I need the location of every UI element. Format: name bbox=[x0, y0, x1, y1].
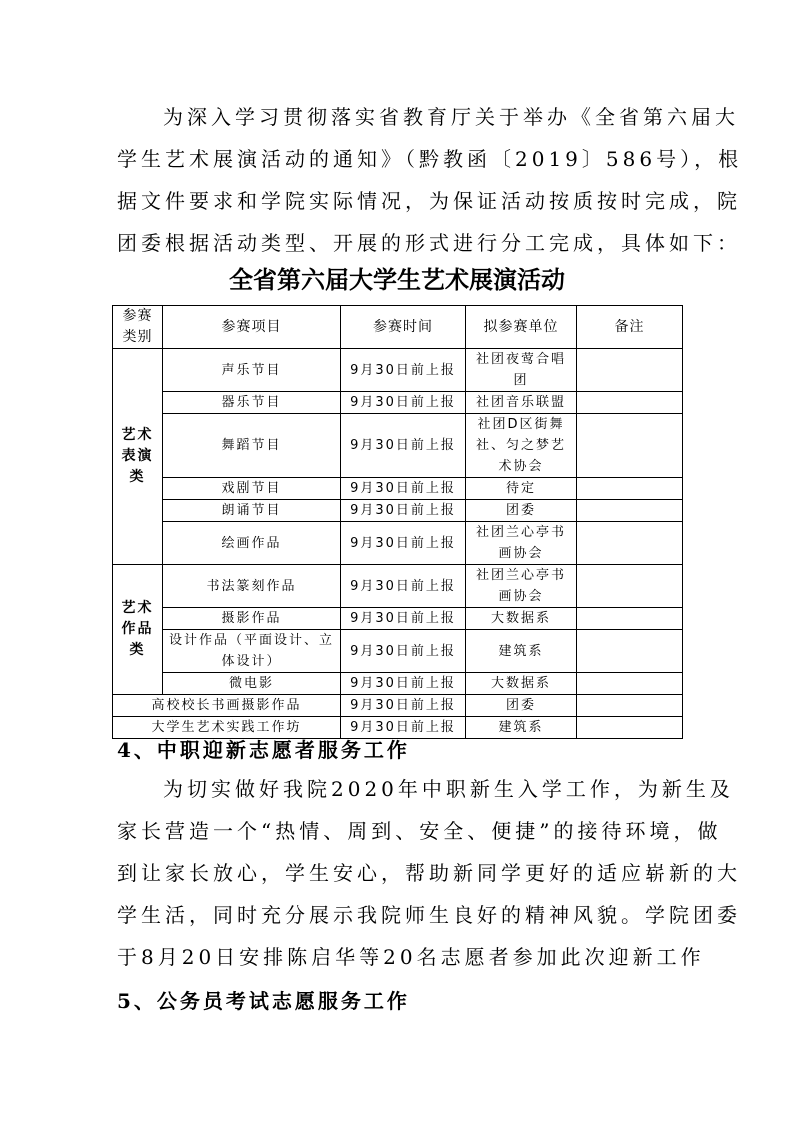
section4-paragraph: 为切实做好我院2020年中职新生入学工作，为新生及 家长营造一个“热情、周到、安… bbox=[117, 768, 687, 978]
time-cell: 9月30日前上报 bbox=[341, 478, 466, 500]
time-cell: 9月30日前上报 bbox=[341, 608, 466, 630]
unit-cell: 建筑系 bbox=[466, 630, 577, 673]
item-cell: 摄影作品 bbox=[163, 608, 341, 630]
table-row: 艺术表演类 声乐节目 9月30日前上报 社团夜莺合唱团 bbox=[113, 349, 683, 392]
section5-heading: 5、公务员考试志愿服务工作 bbox=[117, 986, 410, 1016]
table-title: 全省第六届大学生艺术展演活动 bbox=[112, 262, 682, 298]
time-cell: 9月30日前上报 bbox=[341, 349, 466, 392]
section4-line: 于8月20日安排陈启华等20名志愿者参加此次迎新工作 bbox=[117, 936, 687, 978]
table-row: 微电影 9月30日前上报 大数据系 bbox=[113, 673, 683, 695]
table-row: 高校校长书画摄影作品 9月30日前上报 团委 bbox=[113, 695, 683, 717]
time-cell: 9月30日前上报 bbox=[341, 522, 466, 565]
time-cell: 9月30日前上报 bbox=[341, 695, 466, 717]
unit-cell: 社团音乐联盟 bbox=[466, 392, 577, 414]
note-cell bbox=[577, 608, 683, 630]
time-cell: 9月30日前上报 bbox=[341, 414, 466, 478]
intro-line: 团委根据活动类型、开展的形式进行分工完成，具体如下： bbox=[117, 222, 687, 264]
note-cell bbox=[577, 414, 683, 478]
note-cell bbox=[577, 392, 683, 414]
note-cell bbox=[577, 500, 683, 522]
unit-cell: 团委 bbox=[466, 695, 577, 717]
unit-cell: 社团D区街舞社、匀之梦艺术协会 bbox=[466, 414, 577, 478]
item-cell: 舞蹈节目 bbox=[163, 414, 341, 478]
item-cell: 声乐节目 bbox=[163, 349, 341, 392]
category-cell: 艺术作品类 bbox=[113, 565, 163, 695]
item-cell: 书法篆刻作品 bbox=[163, 565, 341, 608]
unit-cell: 社团兰心亭书画协会 bbox=[466, 522, 577, 565]
unit-cell: 社团兰心亭书画协会 bbox=[466, 565, 577, 608]
header-category: 参赛类别 bbox=[113, 306, 163, 349]
section4-line: 为切实做好我院2020年中职新生入学工作，为新生及 bbox=[117, 768, 687, 810]
table-row: 舞蹈节目 9月30日前上报 社团D区街舞社、匀之梦艺术协会 bbox=[113, 414, 683, 478]
document-page: 为深入学习贯彻落实省教育厅关于举办《全省第六届大 学生艺术展演活动的通知》（黔教… bbox=[0, 0, 793, 1122]
item-cell: 器乐节目 bbox=[163, 392, 341, 414]
unit-cell: 团委 bbox=[466, 500, 577, 522]
section4-line: 学生活，同时充分展示我院师生良好的精神风貌。学院团委 bbox=[117, 894, 687, 936]
item-cell: 高校校长书画摄影作品 bbox=[113, 695, 341, 717]
table-row: 艺术作品类 书法篆刻作品 9月30日前上报 社团兰心亭书画协会 bbox=[113, 565, 683, 608]
item-cell: 朗诵节目 bbox=[163, 500, 341, 522]
section4-heading: 4、中职迎新志愿者服务工作 bbox=[117, 735, 410, 765]
note-cell bbox=[577, 478, 683, 500]
item-cell: 戏剧节目 bbox=[163, 478, 341, 500]
item-cell: 微电影 bbox=[163, 673, 341, 695]
unit-cell: 待定 bbox=[466, 478, 577, 500]
time-cell: 9月30日前上报 bbox=[341, 673, 466, 695]
time-cell: 9月30日前上报 bbox=[341, 565, 466, 608]
intro-line: 据文件要求和学院实际情况，为保证活动按质按时完成，院 bbox=[117, 180, 687, 222]
note-cell bbox=[577, 717, 683, 739]
note-cell bbox=[577, 565, 683, 608]
table-row: 绘画作品 9月30日前上报 社团兰心亭书画协会 bbox=[113, 522, 683, 565]
unit-cell: 大数据系 bbox=[466, 673, 577, 695]
note-cell bbox=[577, 349, 683, 392]
note-cell bbox=[577, 695, 683, 717]
table-row: 设计作品（平面设计、立体设计） 9月30日前上报 建筑系 bbox=[113, 630, 683, 673]
intro-line: 为深入学习贯彻落实省教育厅关于举办《全省第六届大 bbox=[117, 96, 687, 138]
activity-table: 参赛类别 参赛项目 参赛时间 拟参赛单位 备注 艺术表演类 声乐节目 9月30日… bbox=[112, 305, 683, 739]
unit-cell: 建筑系 bbox=[466, 717, 577, 739]
table-row: 朗诵节目 9月30日前上报 团委 bbox=[113, 500, 683, 522]
unit-cell: 大数据系 bbox=[466, 608, 577, 630]
note-cell bbox=[577, 522, 683, 565]
time-cell: 9月30日前上报 bbox=[341, 630, 466, 673]
category-cell: 艺术表演类 bbox=[113, 349, 163, 565]
intro-paragraph: 为深入学习贯彻落实省教育厅关于举办《全省第六届大 学生艺术展演活动的通知》（黔教… bbox=[117, 96, 687, 264]
header-unit: 拟参赛单位 bbox=[466, 306, 577, 349]
item-cell: 绘画作品 bbox=[163, 522, 341, 565]
note-cell bbox=[577, 673, 683, 695]
section4-line: 家长营造一个“热情、周到、安全、便捷”的接待环境，做 bbox=[117, 810, 687, 852]
table-row: 戏剧节目 9月30日前上报 待定 bbox=[113, 478, 683, 500]
note-cell bbox=[577, 630, 683, 673]
time-cell: 9月30日前上报 bbox=[341, 392, 466, 414]
table-header-row: 参赛类别 参赛项目 参赛时间 拟参赛单位 备注 bbox=[113, 306, 683, 349]
intro-line: 学生艺术展演活动的通知》（黔教函〔2019〕586号），根 bbox=[117, 138, 687, 180]
table-row: 器乐节目 9月30日前上报 社团音乐联盟 bbox=[113, 392, 683, 414]
time-cell: 9月30日前上报 bbox=[341, 500, 466, 522]
item-cell: 设计作品（平面设计、立体设计） bbox=[163, 630, 341, 673]
header-time: 参赛时间 bbox=[341, 306, 466, 349]
header-item: 参赛项目 bbox=[163, 306, 341, 349]
section4-line: 到让家长放心，学生安心，帮助新同学更好的适应崭新的大 bbox=[117, 852, 687, 894]
header-note: 备注 bbox=[577, 306, 683, 349]
unit-cell: 社团夜莺合唱团 bbox=[466, 349, 577, 392]
table-row: 摄影作品 9月30日前上报 大数据系 bbox=[113, 608, 683, 630]
